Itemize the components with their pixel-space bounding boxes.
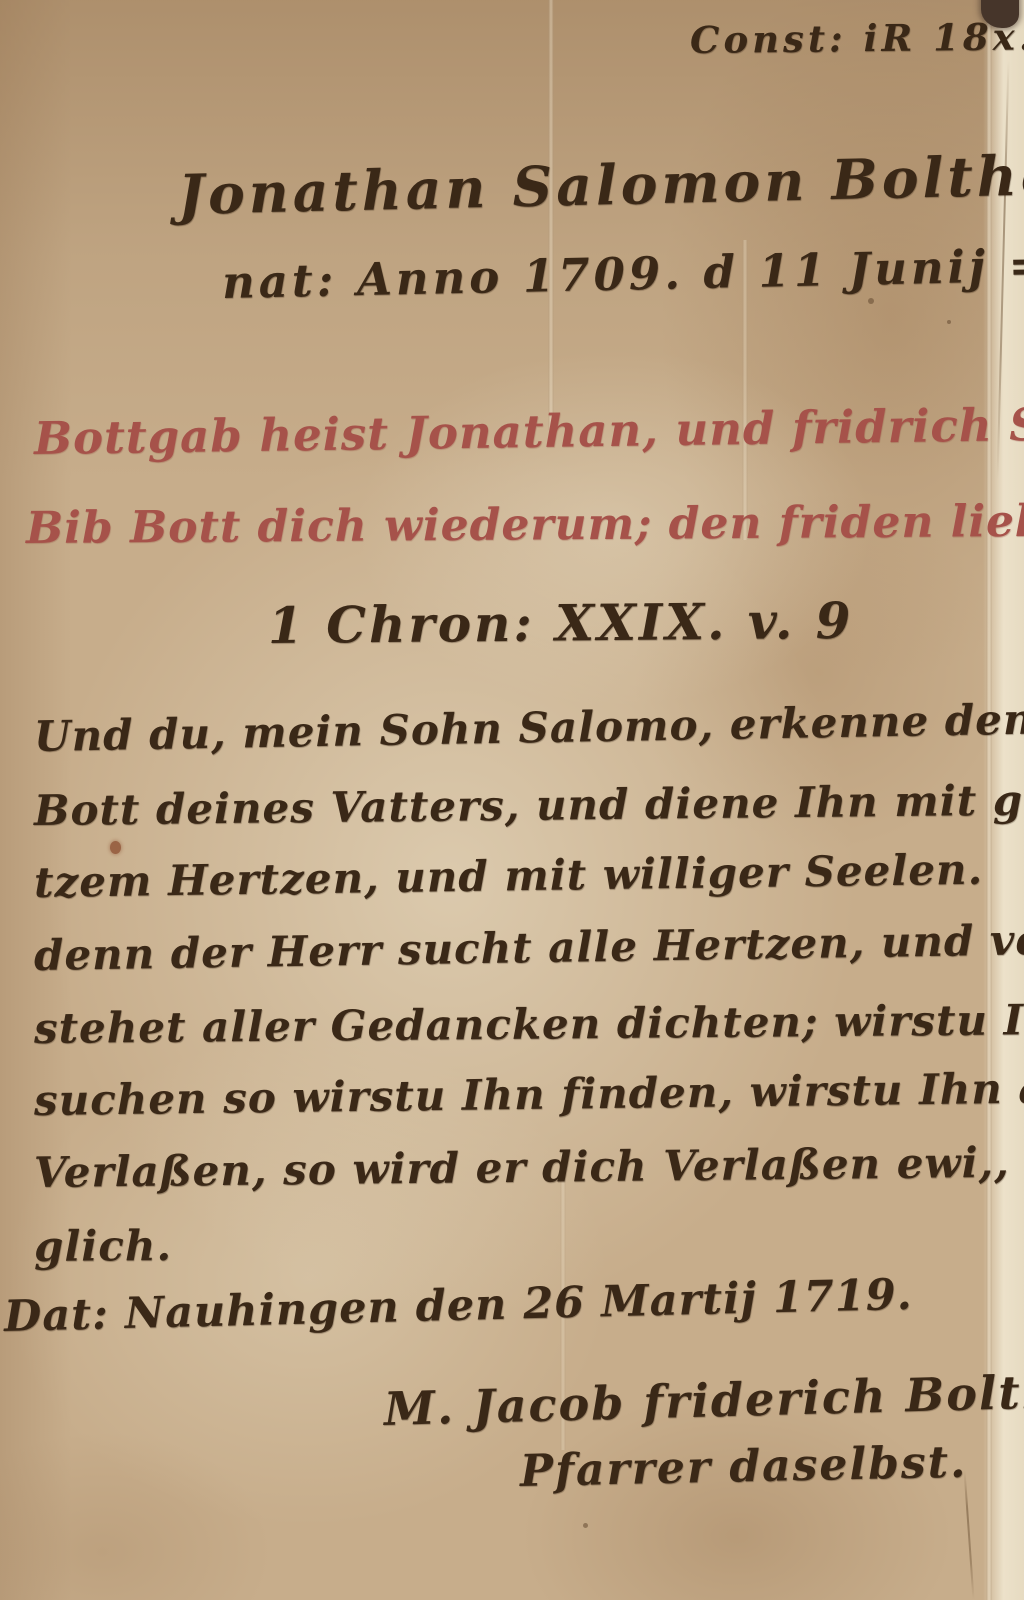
ink-fleck: [583, 1523, 588, 1528]
body-text-line: stehet aller Gedancken dichten; wirstu I…: [34, 995, 1024, 1053]
archival-mark: Const: iR 18x.: [690, 14, 1024, 62]
ink-fleck: [947, 320, 951, 324]
scripture-reference: 1 Chron: XXIX. v. 9: [268, 591, 854, 655]
rust-stain: [110, 841, 121, 854]
manuscript-page: Const: iR 18x. Jonathan Salomon Bolther.…: [0, 0, 1024, 1600]
red-verse-line-2: Bib Bott dich wiederum; den friden lieb …: [26, 494, 1024, 554]
body-text-line: glich.: [34, 1221, 172, 1271]
body-text-line: Bott deines Vatters, und diene Ihn mit g…: [34, 775, 1024, 835]
ink-fleck: [868, 298, 874, 304]
body-text-line: Verlaßen, so wird er dich Verlaßen ewi,,: [34, 1138, 1010, 1197]
signature-title: Pfarrer daselbst.: [519, 1437, 967, 1497]
